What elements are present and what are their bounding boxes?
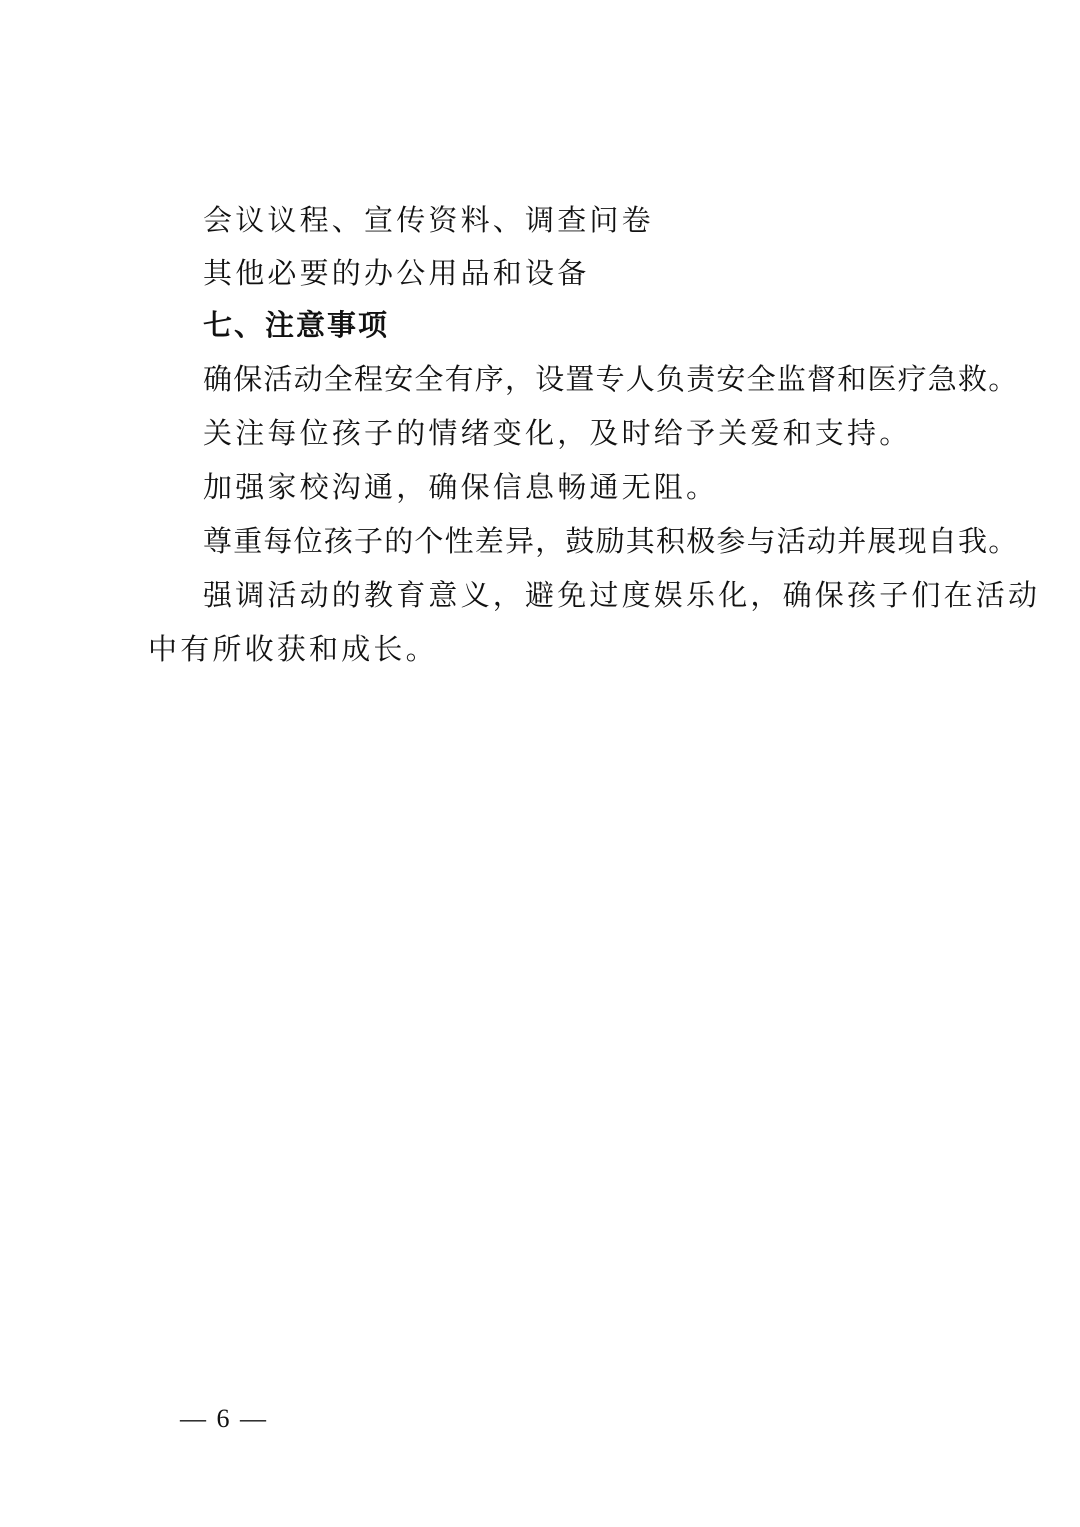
paragraph-safety: 确保活动全程安全有序，设置专人负责安全监督和医疗急救。: [203, 362, 1018, 396]
materials-line-2: 其他必要的办公用品和设备: [203, 256, 589, 290]
document-page: 会议议程、宣传资料、调查问卷 其他必要的办公用品和设备 七、注意事项 确保活动全…: [0, 0, 1080, 1527]
paragraph-individuality: 尊重每位孩子的个性差异，鼓励其积极参与活动并展现自我。: [203, 524, 1018, 558]
paragraph-communication: 加强家校沟通，确保信息畅通无阻。: [203, 470, 718, 504]
page-number: — 6 —: [180, 1404, 268, 1434]
paragraph-education-continued: 中有所收获和成长。: [148, 632, 438, 666]
paragraph-education: 强调活动的教育意义，避免过度娱乐化，确保孩子们在活动: [203, 578, 1040, 612]
materials-line-1: 会议议程、宣传资料、调查问卷: [203, 203, 654, 237]
paragraph-emotions: 关注每位孩子的情绪变化，及时给予关爱和支持。: [203, 416, 911, 450]
section-heading: 七、注意事项: [203, 308, 389, 342]
